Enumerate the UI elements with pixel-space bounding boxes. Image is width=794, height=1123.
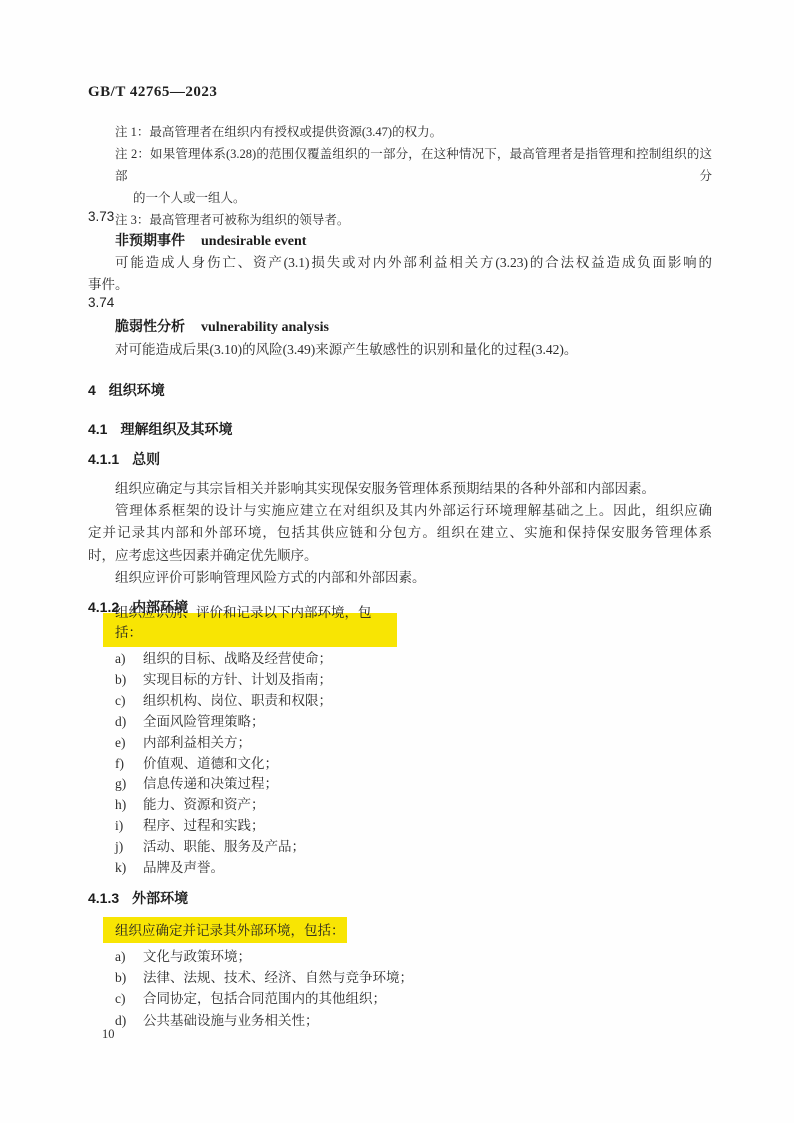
internal-environment-list: a)组织的目标、战略及经营使命； b)实现目标的方针、计划及指南； c)组织机构…	[115, 649, 712, 879]
list-item: c)组织机构、岗位、职责和权限；	[115, 691, 712, 712]
list-item-label: b)	[115, 670, 143, 691]
term-374-zh: 脆弱性分析	[115, 318, 185, 334]
chapter-4-title: 组织环境	[109, 380, 165, 400]
list-item: e)内部利益相关方；	[115, 733, 712, 754]
term-373-definition-line-2: 事件。	[88, 274, 712, 296]
paragraph-411-1: 组织应确定与其宗旨相关并影响其实现保安服务管理体系预期结果的各种外部和内部因素。	[115, 478, 712, 500]
list-item-label: c)	[115, 988, 143, 1009]
note-2-line-2: 的一个人或一组人。	[115, 187, 712, 209]
note-1-text: 最高管理者在组织内有授权或提供资源(3.47)的权力。	[149, 125, 442, 139]
highlight-external-intro: 组织应确定并记录其外部环境，包括：	[103, 917, 347, 943]
doc-code-header: GB/T 42765—2023	[88, 84, 217, 101]
paragraph-411-2-line-1: 管理体系框架的设计与实施应建立在对组织及其内外部运行环境理解基础之上。因此，组织…	[115, 500, 712, 522]
list-item: j)活动、职能、服务及产品；	[115, 837, 712, 858]
note-1: 注 1：最高管理者在组织内有授权或提供资源(3.47)的权力。	[115, 121, 712, 143]
list-item: k)品牌及声誉。	[115, 858, 712, 879]
list-item-text: 公共基础设施与业务相关性；	[143, 1010, 712, 1031]
paragraph-411-2-line-2: 定并记录其内部和外部环境，包括其供应链和分包方。组织在建立、实施和保持保安服务管…	[88, 522, 712, 544]
list-item-text: 组织机构、岗位、职责和权限；	[143, 691, 712, 712]
list-item-label: j)	[115, 837, 143, 858]
list-item-text: 实现目标的方针、计划及指南；	[143, 670, 712, 691]
section-4-1-heading: 4.1理解组织及其环境	[88, 419, 232, 439]
list-item-text: 内部利益相关方；	[143, 733, 712, 754]
note-1-label: 注 1：	[115, 125, 149, 139]
list-item-label: d)	[115, 712, 143, 733]
note-3-label: 注 3：	[115, 213, 149, 227]
paragraph-411-3: 组织应评价可影响管理风险方式的内部和外部因素。	[115, 567, 712, 589]
list-item-text: 价值观、道德和文化；	[143, 754, 712, 775]
chapter-4-number: 4	[88, 382, 96, 398]
highlight-internal-intro-text: 组织应识别、评价和记录以下内部环境，包括：	[115, 601, 397, 641]
highlight-internal-intro: 组织应识别、评价和记录以下内部环境，包括：	[103, 613, 397, 647]
list-item: f)价值观、道德和文化；	[115, 754, 712, 775]
term-373-zh: 非预期事件	[115, 232, 185, 248]
list-item-label: b)	[115, 967, 143, 988]
list-item-text: 合同协定，包括合同范围内的其他组织；	[143, 988, 712, 1009]
list-item-text: 程序、过程和实践；	[143, 816, 712, 837]
highlight-external-intro-text: 组织应确定并记录其外部环境，包括：	[115, 919, 345, 939]
note-3-text: 最高管理者可被称为组织的领导者。	[149, 213, 349, 227]
list-item-label: c)	[115, 691, 143, 712]
note-2-text: 如果管理体系(3.28)的范围仅覆盖组织的一部分，在这种情况下，最高管理者是指管…	[115, 147, 712, 183]
section-4-1-3-number: 4.1.3	[88, 890, 119, 906]
list-item: i)程序、过程和实践；	[115, 816, 712, 837]
paragraph-411-2-line-3: 时，应考虑这些因素并确定优先顺序。	[88, 545, 712, 567]
list-item-text: 信息传递和决策过程；	[143, 774, 712, 795]
section-4-1-3-heading: 4.1.3外部环境	[88, 888, 188, 908]
term-373-definition-line-1: 可能造成人身伤亡、资产(3.1)损失或对内外部利益相关方(3.23)的合法权益造…	[115, 252, 712, 274]
list-item: d)公共基础设施与业务相关性；	[115, 1010, 712, 1031]
section-4-1-3-title: 外部环境	[132, 888, 188, 908]
list-item-text: 组织的目标、战略及经营使命；	[143, 649, 712, 670]
list-item: c)合同协定，包括合同范围内的其他组织；	[115, 988, 712, 1009]
list-item-text: 品牌及声誉。	[143, 858, 712, 879]
list-item-label: a)	[115, 649, 143, 670]
external-environment-list: a)文化与政策环境； b)法律、法规、技术、经济、自然与竞争环境； c)合同协定…	[115, 946, 712, 1031]
list-item-label: h)	[115, 795, 143, 816]
notes-block: 注 1：最高管理者在组织内有授权或提供资源(3.47)的权力。 注 2：如果管理…	[115, 121, 712, 231]
list-item: g)信息传递和决策过程；	[115, 774, 712, 795]
list-item-text: 活动、职能、服务及产品；	[143, 837, 712, 858]
list-item-text: 能力、资源和资产；	[143, 795, 712, 816]
term-374-heading: 脆弱性分析vulnerability analysis	[115, 316, 329, 336]
list-item-text: 文化与政策环境；	[143, 946, 712, 967]
list-item-label: k)	[115, 858, 143, 879]
list-item: d)全面风险管理策略；	[115, 712, 712, 733]
term-374-en: vulnerability analysis	[201, 320, 329, 335]
list-item-label: g)	[115, 774, 143, 795]
note-2-line-1: 注 2：如果管理体系(3.28)的范围仅覆盖组织的一部分，在这种情况下，最高管理…	[115, 143, 712, 187]
note-3: 注 3：最高管理者可被称为组织的领导者。	[115, 209, 712, 231]
section-4-1-1-number: 4.1.1	[88, 451, 119, 467]
list-item-label: f)	[115, 754, 143, 775]
list-item-label: i)	[115, 816, 143, 837]
page-number: 10	[102, 1027, 115, 1042]
list-item: a)组织的目标、战略及经营使命；	[115, 649, 712, 670]
section-4-1-title: 理解组织及其环境	[120, 419, 232, 439]
term-373-en: undesirable event	[201, 234, 306, 249]
term-373-number: 3.73	[88, 209, 114, 224]
list-item: h)能力、资源和资产；	[115, 795, 712, 816]
term-373-heading: 非预期事件undesirable event	[115, 230, 306, 250]
chapter-4-heading: 4组织环境	[88, 380, 165, 400]
document-page: GB/T 42765—2023 注 1：最高管理者在组织内有授权或提供资源(3.…	[0, 0, 794, 1123]
section-4-1-1-title: 总则	[132, 449, 160, 469]
list-item: a)文化与政策环境；	[115, 946, 712, 967]
list-item-text: 法律、法规、技术、经济、自然与竞争环境；	[143, 967, 712, 988]
list-item-label: a)	[115, 946, 143, 967]
list-item-label: e)	[115, 733, 143, 754]
list-item: b)实现目标的方针、计划及指南；	[115, 670, 712, 691]
section-4-1-1-heading: 4.1.1总则	[88, 449, 160, 469]
list-item-text: 全面风险管理策略；	[143, 712, 712, 733]
note-2-label: 注 2：	[115, 147, 150, 161]
term-374-definition: 对可能造成后果(3.10)的风险(3.49)来源产生敏感性的识别和量化的过程(3…	[115, 339, 712, 361]
list-item-label: d)	[115, 1010, 143, 1031]
list-item: b)法律、法规、技术、经济、自然与竞争环境；	[115, 967, 712, 988]
section-4-1-number: 4.1	[88, 421, 107, 437]
term-374-number: 3.74	[88, 295, 114, 310]
